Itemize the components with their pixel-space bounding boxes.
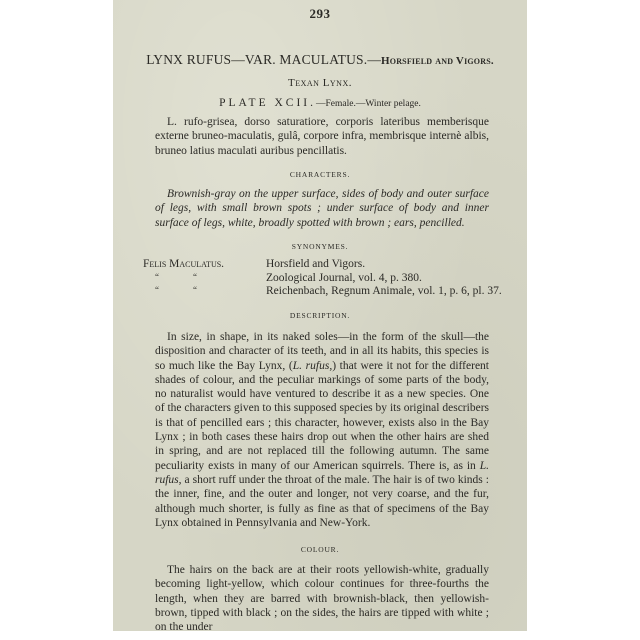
synonymes-heading: SYNONYMES. (113, 242, 527, 251)
ditto-marks: “ “ (143, 285, 266, 299)
book-page: 293 LYNX RUFUS—VAR. MACULATUS.—Horsfield… (113, 0, 527, 631)
species-title-main: LYNX RUFUS—VAR. MACULATUS.— (146, 52, 381, 67)
species-title: LYNX RUFUS—VAR. MACULATUS.—Horsfield and… (113, 52, 527, 68)
species-title-authors: Horsfield and Vigors. (381, 55, 494, 67)
latin-description: L. rufo-grisea, dorso saturatiore, corpo… (155, 115, 489, 158)
synonyme-row: “ “ Reichenbach, Regnum Animale, vol. 1,… (143, 285, 503, 299)
description-text: In size, in shape, in its naked soles—in… (155, 330, 489, 530)
plate-label: PLATE XCII. (219, 97, 316, 109)
synonyme-reference: Reichenbach, Regnum Animale, vol. 1, p. … (266, 285, 503, 299)
synonyme-row: Felis Maculatus. Horsfield and Vigors. (143, 258, 503, 272)
ditto-marks: “ “ (143, 272, 266, 286)
page-number: 293 (113, 6, 527, 22)
colour-heading: COLOUR. (113, 545, 527, 554)
colour-text: The hairs on the back are at their roots… (155, 563, 489, 631)
synonyme-reference: Zoological Journal, vol. 4, p. 380. (266, 272, 503, 286)
synonymes-list: Felis Maculatus. Horsfield and Vigors. “… (143, 258, 503, 299)
characters-text: Brownish-gray on the upper surface, side… (155, 187, 489, 230)
common-name: Texan Lynx. (113, 77, 527, 89)
plate-caption: PLATE XCII.—Female.—Winter pelage. (113, 97, 527, 109)
description-heading: DESCRIPTION. (113, 311, 527, 320)
synonyme-name: Felis Maculatus. (143, 258, 266, 272)
characters-heading: CHARACTERS. (113, 170, 527, 179)
synonyme-row: “ “ Zoological Journal, vol. 4, p. 380. (143, 272, 503, 286)
plate-note: —Female.—Winter pelage. (316, 99, 421, 109)
synonyme-reference: Horsfield and Vigors. (266, 258, 503, 272)
